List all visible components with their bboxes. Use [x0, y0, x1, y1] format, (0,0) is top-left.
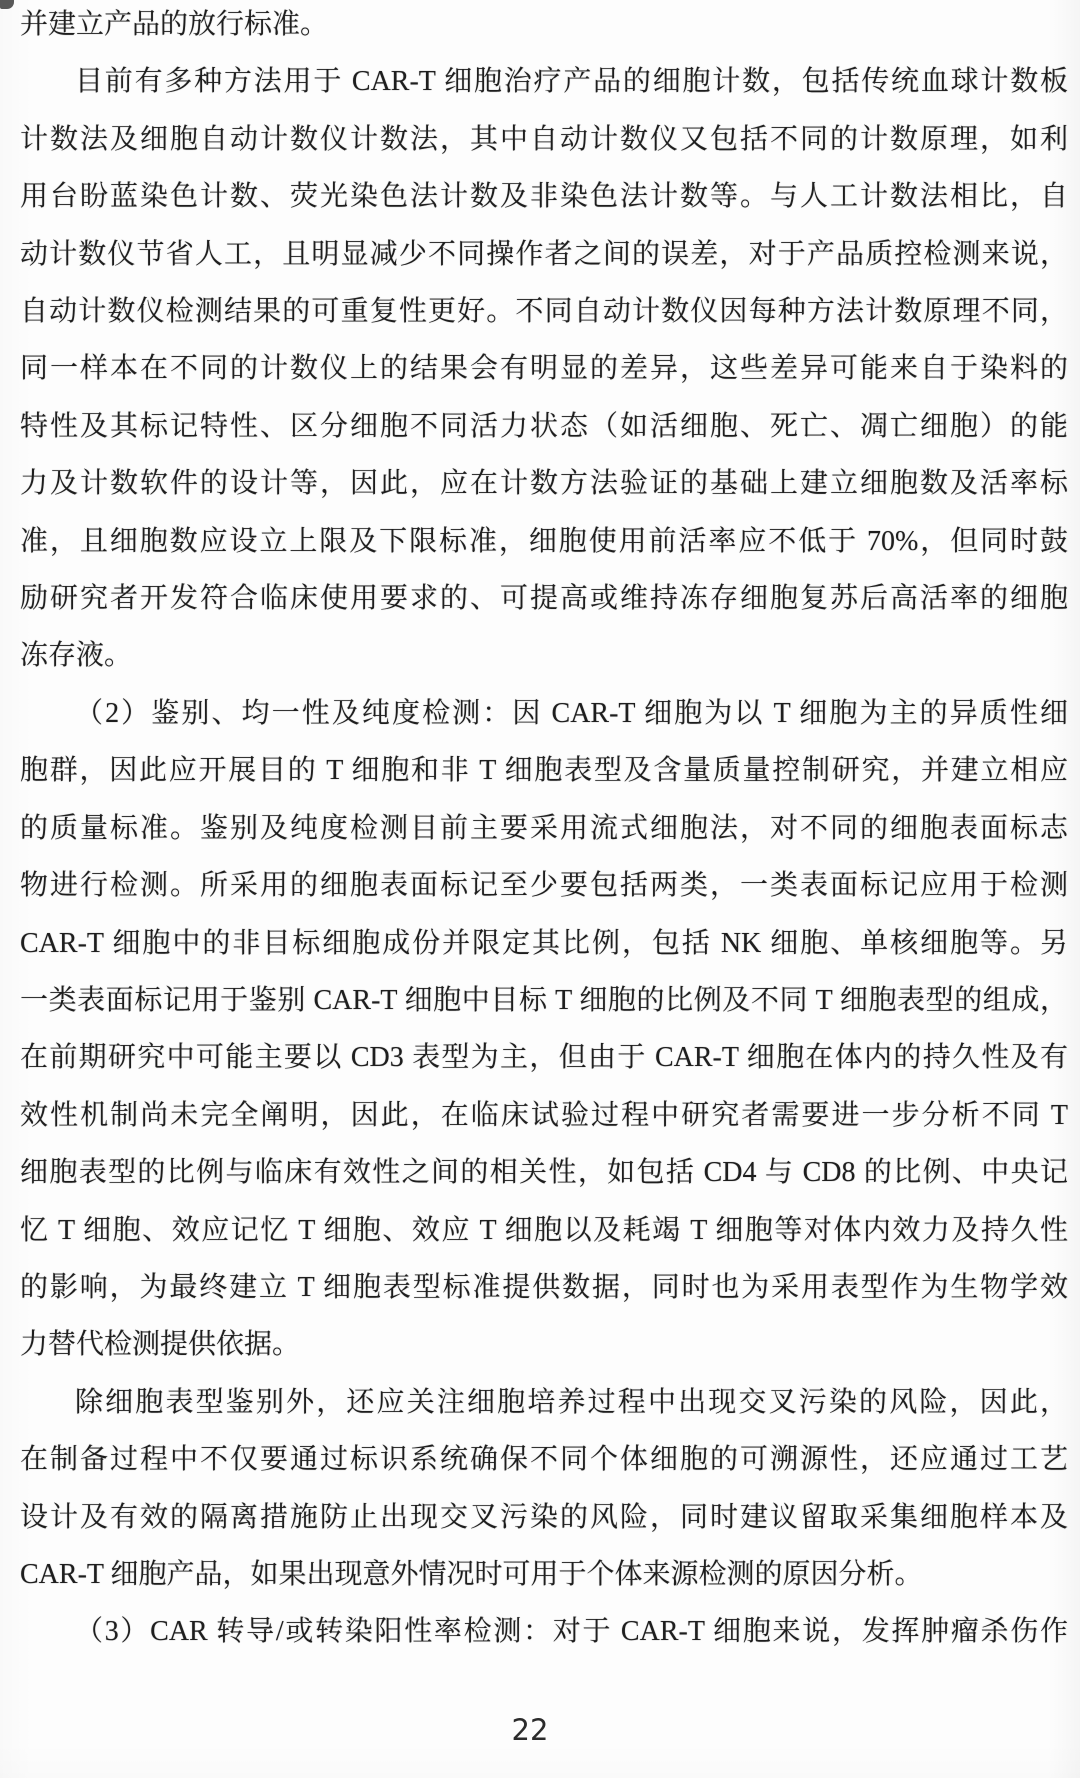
text-line: 特性及其标记特性、区分细胞不同活力状态（如活细胞、死亡、凋亡细胞）的能 [20, 398, 1068, 455]
text-line: 的影响，为最终建立 T 细胞表型标准提供数据，同时也为采用表型作为生物学效 [20, 1259, 1068, 1316]
text-line: 忆 T 细胞、效应记忆 T 细胞、效应 T 细胞以及耗竭 T 细胞等对体内效力及… [20, 1202, 1068, 1259]
text-line: CAR-T 细胞产品，如果出现意外情况时可用于个体来源检测的原因分析。 [20, 1546, 1068, 1603]
text-line: （2）鉴别、均一性及纯度检测：因 CAR-T 细胞为以 T 细胞为主的异质性细 [20, 685, 1068, 742]
text-line: 一类表面标记用于鉴别 CAR-T 细胞中目标 T 细胞的比例及不同 T 细胞表型… [20, 972, 1068, 1029]
document-text: 并建立产品的放行标准。 目前有多种方法用于 CAR-T 细胞治疗产品的细胞计数，… [20, 0, 1068, 1661]
text-line: 设计及有效的隔离措施防止出现交叉污染的风险，同时建议留取采集细胞样本及 [20, 1489, 1068, 1546]
text-line: （3）CAR 转导/或转染阳性率检测：对于 CAR-T 细胞来说，发挥肿瘤杀伤作 [20, 1603, 1068, 1660]
text-line: 动计数仪节省人工，且明显减少不同操作者之间的误差，对于产品质控检测来说， [20, 226, 1068, 283]
text-line: 除细胞表型鉴别外，还应关注细胞培养过程中出现交叉污染的风险，因此， [20, 1374, 1068, 1431]
text-line: 自动计数仪检测结果的可重复性更好。不同自动计数仪因每种方法计数原理不同， [20, 283, 1068, 340]
text-line: 胞群，因此应开展目的 T 细胞和非 T 细胞表型及含量质量控制研究，并建立相应 [20, 742, 1068, 799]
page-number: 22 [0, 1714, 1060, 1746]
text-line: 效性机制尚未完全阐明，因此，在临床试验过程中研究者需要进一步分析不同 T [20, 1087, 1068, 1144]
text-line: 的质量标准。鉴别及纯度检测目前主要采用流式细胞法，对不同的细胞表面标志 [20, 800, 1068, 857]
text-line: 在前期研究中可能主要以 CD3 表型为主，但由于 CAR-T 细胞在体内的持久性… [20, 1029, 1068, 1086]
document-page: 并建立产品的放行标准。 目前有多种方法用于 CAR-T 细胞治疗产品的细胞计数，… [0, 0, 1080, 1778]
text-line: 物进行检测。所采用的细胞表面标记至少要包括两类，一类表面标记应用于检测 [20, 857, 1068, 914]
text-line: 准，且细胞数应设立上限及下限标准，细胞使用前活率应不低于 70%，但同时鼓 [20, 513, 1068, 570]
text-line: 并建立产品的放行标准。 [20, 0, 1068, 53]
text-line: 励研究者开发符合临床使用要求的、可提高或维持冻存细胞复苏后高活率的细胞 [20, 570, 1068, 627]
text-line: 用台盼蓝染色计数、荧光染色法计数及非染色法计数等。与人工计数法相比，自 [20, 168, 1068, 225]
text-line: 目前有多种方法用于 CAR-T 细胞治疗产品的细胞计数，包括传统血球计数板 [20, 53, 1068, 110]
text-line: CAR-T 细胞中的非目标细胞成份并限定其比例，包括 NK 细胞、单核细胞等。另 [20, 915, 1068, 972]
text-line: 细胞表型的比例与临床有效性之间的相关性，如包括 CD4 与 CD8 的比例、中央… [20, 1144, 1068, 1201]
text-line: 力替代检测提供依据。 [20, 1316, 1068, 1373]
text-line: 冻存液。 [20, 627, 1068, 684]
text-line: 力及计数软件的设计等，因此，应在计数方法验证的基础上建立细胞数及活率标 [20, 455, 1068, 512]
scan-artifact [0, 0, 14, 9]
text-line: 同一样本在不同的计数仪上的结果会有明显的差异，这些差异可能来自于染料的 [20, 340, 1068, 397]
text-line: 在制备过程中不仅要通过标识系统确保不同个体细胞的可溯源性，还应通过工艺 [20, 1431, 1068, 1488]
text-line: 计数法及细胞自动计数仪计数法，其中自动计数仪又包括不同的计数原理，如利 [20, 111, 1068, 168]
